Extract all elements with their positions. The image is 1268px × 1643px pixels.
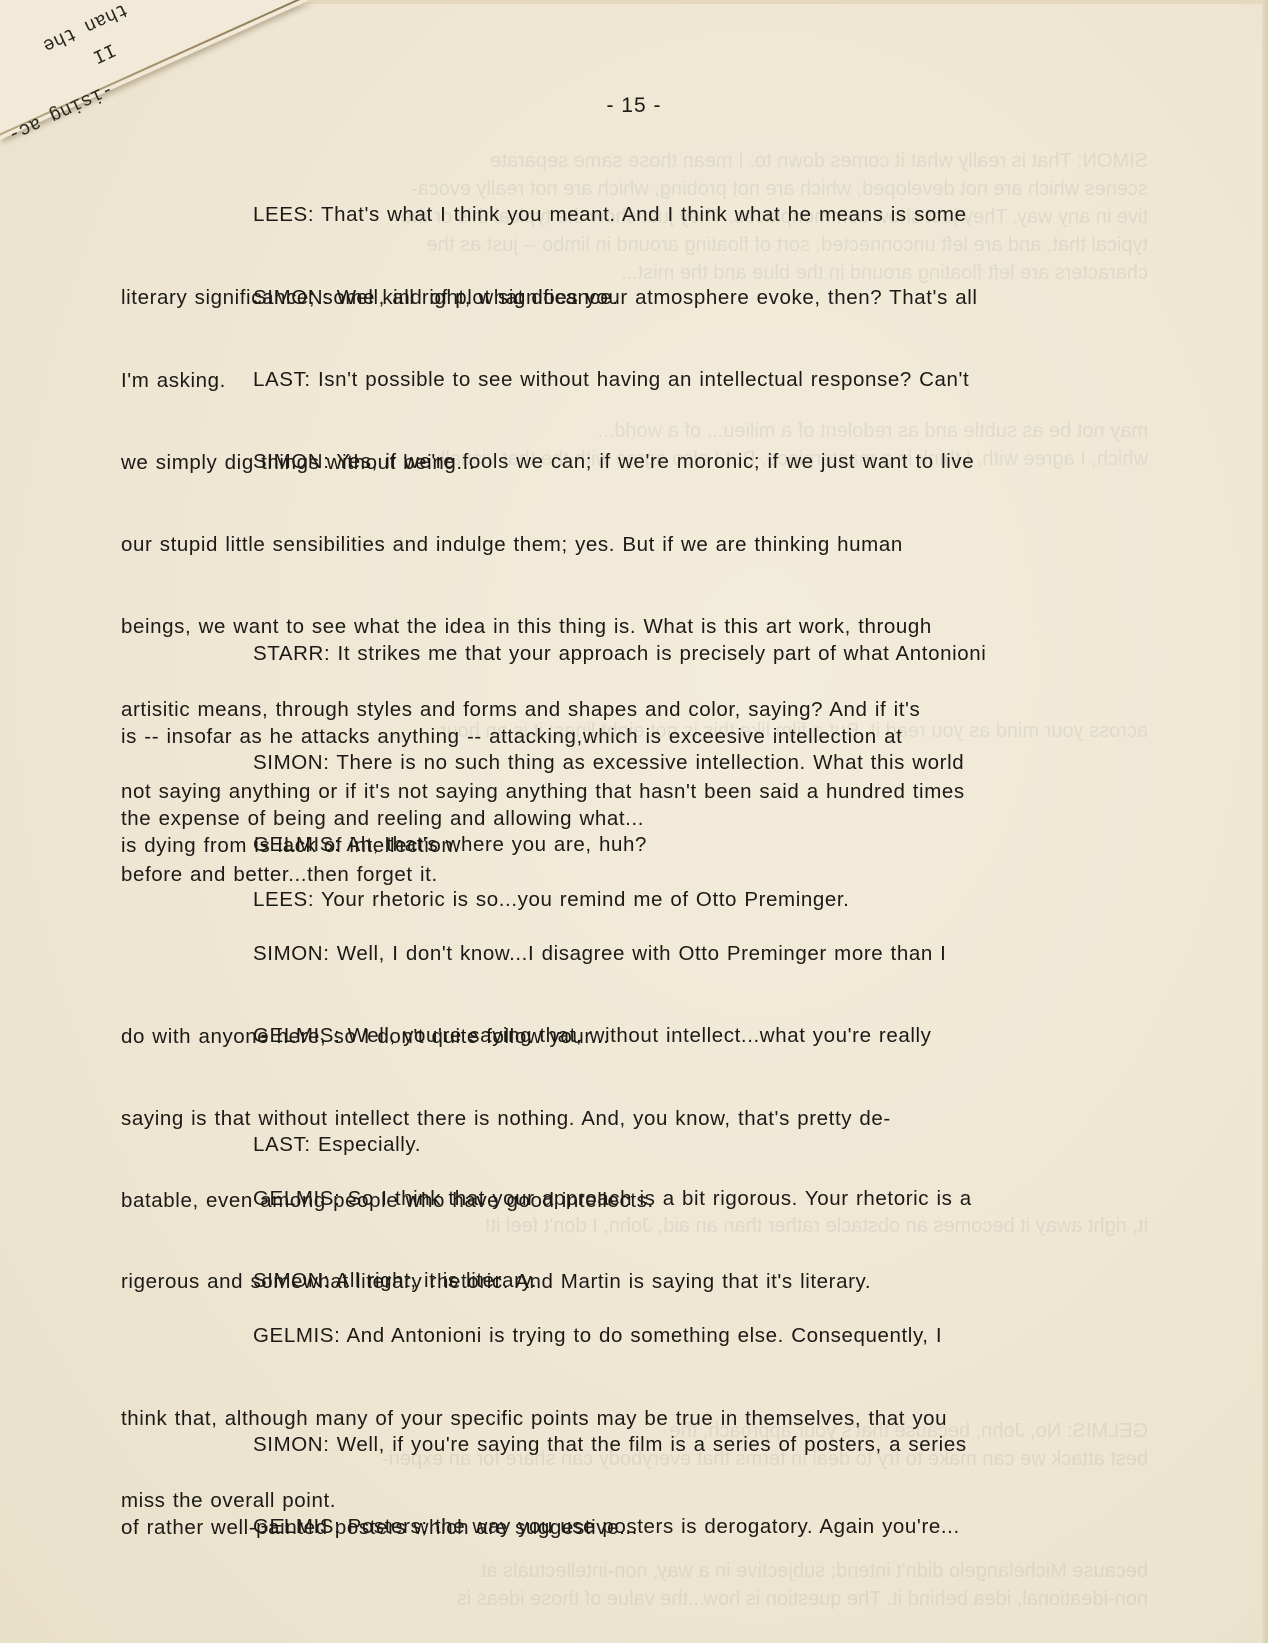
dialogue-line: GELMIS: Well, you're saying that, withou…: [121, 1022, 1196, 1050]
dialogue-paragraph: GELMIS: Posters; the way you use posters…: [121, 1458, 1196, 1596]
dialogue-line: STARR: It strikes me that your approach …: [121, 640, 1196, 668]
transcript-page: - 15 - LEES: That's what I think you mea…: [0, 0, 1268, 1643]
dialogue-line: SIMON: Yes, if we're fools we can; if we…: [121, 448, 1196, 476]
dialogue-line: LAST: Isn't possible to see without havi…: [121, 366, 1196, 394]
dialogue-line: GELMIS: And Antonioni is trying to do so…: [121, 1322, 1196, 1350]
dialogue-line: LEES: That's what I think you meant. And…: [121, 201, 1196, 229]
dialogue-line: SIMON: Well, I don't know...I disagree w…: [121, 940, 1196, 968]
dialogue-line: SIMON: Well, if you're saying that the f…: [121, 1431, 1196, 1459]
dialogue-line: GELMIS: So I think that your approach is…: [121, 1185, 1196, 1213]
dialogue-line: GELMIS: Posters; the way you use posters…: [121, 1513, 1196, 1541]
dialogue-line: our stupid little sensibilities and indu…: [121, 531, 1196, 559]
dialogue-line: SIMON: Well, all right, what does your a…: [121, 284, 1196, 312]
dialogue-line: SIMON: There is no such thing as excessi…: [121, 749, 1196, 777]
